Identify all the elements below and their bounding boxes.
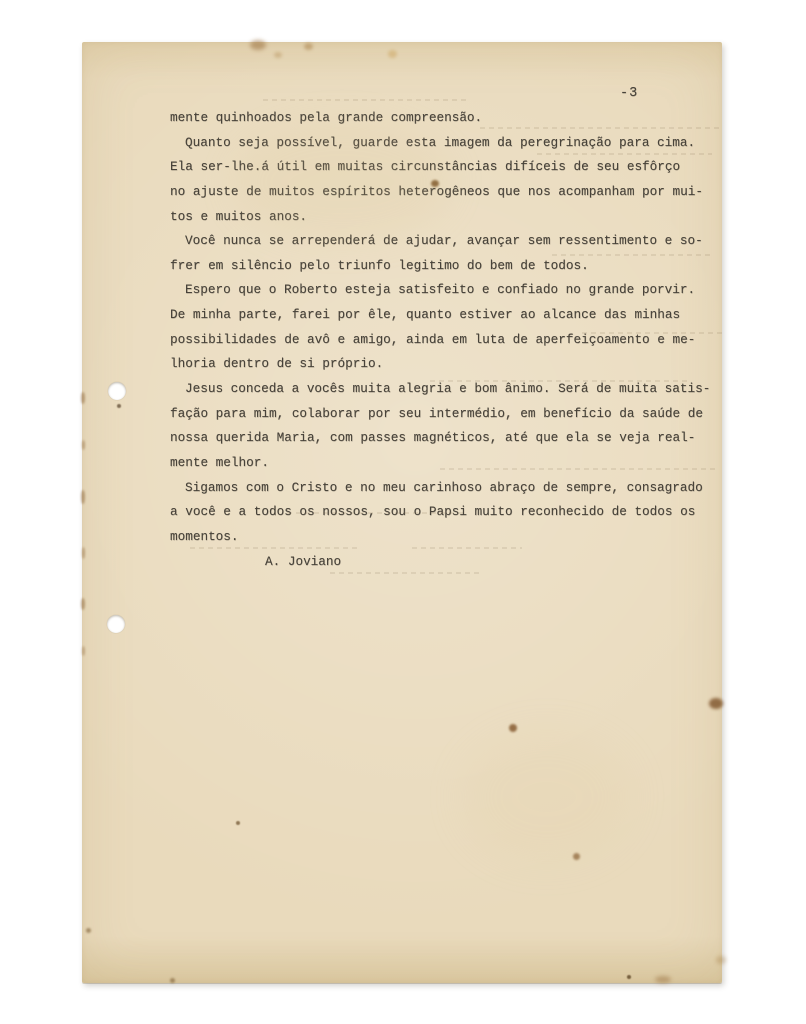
stain bbox=[655, 976, 671, 983]
letter-line: mente melhor. bbox=[170, 451, 718, 476]
letter-line: frer em silêncio pelo triunfo legitimo d… bbox=[170, 254, 718, 279]
stain bbox=[709, 698, 723, 709]
letter-line: Espero que o Roberto esteja satisfeito e… bbox=[170, 278, 718, 303]
letter-line: nossa querida Maria, com passes magnétic… bbox=[170, 426, 718, 451]
letter-line: lhoria dentro de si próprio. bbox=[170, 352, 718, 377]
stain bbox=[117, 404, 121, 408]
stain bbox=[573, 853, 580, 860]
stain bbox=[82, 646, 85, 656]
ghost-text-line bbox=[537, 153, 712, 155]
stain bbox=[170, 978, 175, 983]
ghost-text-line bbox=[412, 547, 522, 549]
stain bbox=[82, 440, 85, 450]
document-page: -3 mente quinhoados pela grande compreen… bbox=[82, 42, 722, 983]
ghost-text-line bbox=[430, 380, 690, 382]
stain bbox=[431, 180, 439, 187]
punch-hole bbox=[107, 615, 125, 633]
stain bbox=[462, 732, 632, 862]
stain bbox=[82, 547, 85, 559]
stain bbox=[81, 598, 85, 610]
ghost-text-line bbox=[287, 512, 467, 514]
letter-line: Você nunca se arrependerá de ajudar, ava… bbox=[170, 229, 718, 254]
ghost-text-line bbox=[440, 468, 715, 470]
stain bbox=[304, 43, 313, 50]
stain bbox=[86, 928, 91, 933]
punch-hole bbox=[108, 382, 126, 400]
scan-screenshot: { "page": { "number": "-3", "paper_color… bbox=[0, 0, 806, 1024]
ghost-text-line bbox=[582, 332, 722, 334]
signature: A. Joviano bbox=[170, 550, 718, 575]
stain bbox=[81, 490, 85, 504]
ghost-text-line bbox=[330, 572, 480, 574]
stain bbox=[250, 40, 266, 50]
stain bbox=[274, 52, 282, 58]
stain bbox=[236, 821, 240, 825]
ghost-text-line bbox=[552, 254, 712, 256]
stain bbox=[509, 724, 517, 732]
stain bbox=[232, 122, 452, 242]
stain bbox=[627, 975, 631, 979]
letter-line: momentos. bbox=[170, 525, 718, 550]
letter-line: De minha parte, farei por êle, quanto es… bbox=[170, 303, 718, 328]
stain bbox=[388, 50, 397, 58]
stain bbox=[716, 956, 726, 964]
page-number: -3 bbox=[620, 86, 638, 102]
stain bbox=[81, 392, 85, 404]
ghost-text-line bbox=[480, 127, 720, 129]
ghost-text-line bbox=[190, 547, 360, 549]
letter-line: Sigamos com o Cristo e no meu carinhoso … bbox=[170, 476, 718, 501]
ghost-text-line bbox=[263, 99, 468, 101]
letter-line: fação para mim, colaborar por seu interm… bbox=[170, 402, 718, 427]
